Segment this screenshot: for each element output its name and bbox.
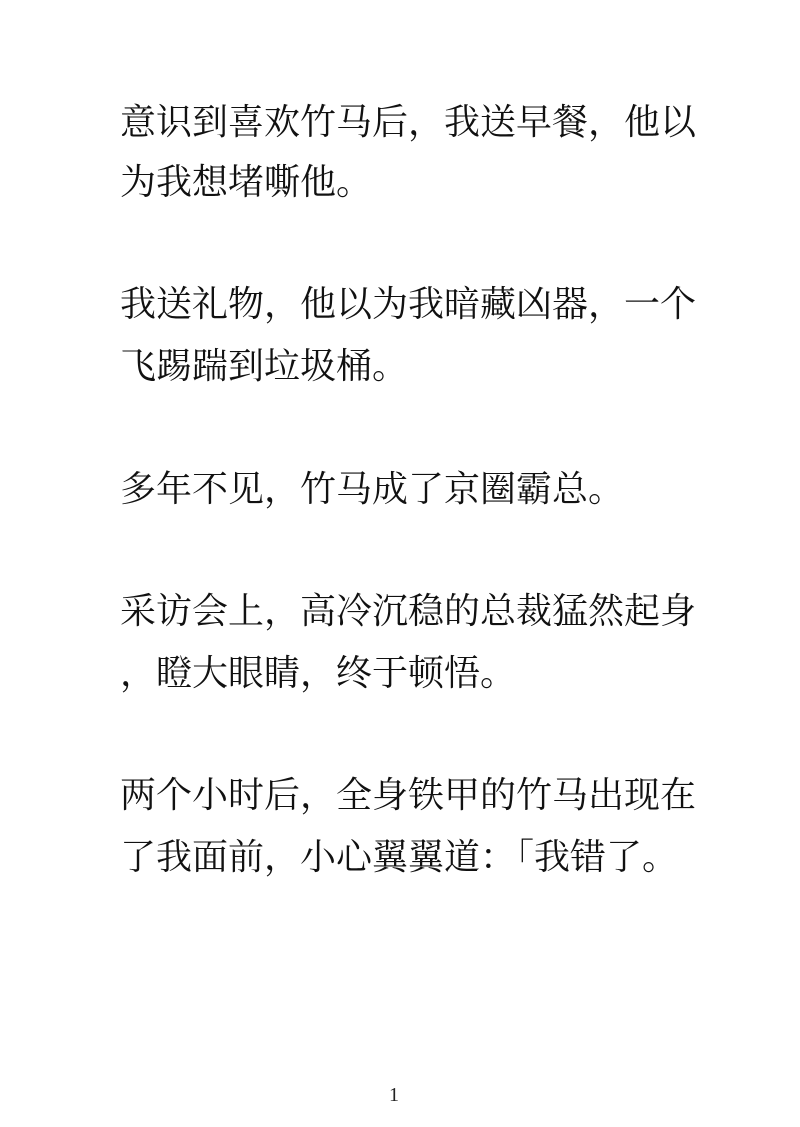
document-page: 意识到喜欢竹马后，我送早餐，他以 为我想堵嘶他。 我送礼物，他以为我暗藏凶器，一… — [0, 0, 800, 1127]
paragraph-3-line-1: 多年不见，竹马成了京圈霸总。 — [120, 468, 700, 512]
page-number: 1 — [0, 1083, 788, 1107]
paragraph-1-line-2: 为我想堵嘶他。 — [120, 161, 700, 205]
paragraph-5-line-2: 了我面前，小心翼翼道：「我错了。 — [120, 836, 700, 880]
paragraph-4-line-1: 采访会上，高冷沉稳的总裁猛然起身 — [120, 590, 700, 634]
paragraph-4-line-2: ，瞪大眼睛，终于顿悟。 — [120, 652, 700, 696]
paragraph-2-line-1: 我送礼物，他以为我暗藏凶器，一个 — [120, 283, 700, 327]
paragraph-1-line-1: 意识到喜欢竹马后，我送早餐，他以 — [120, 101, 700, 145]
paragraph-2-line-2: 飞踢踹到垃圾桶。 — [120, 345, 700, 389]
paragraph-5-line-1: 两个小时后，全身铁甲的竹马出现在 — [120, 774, 700, 818]
